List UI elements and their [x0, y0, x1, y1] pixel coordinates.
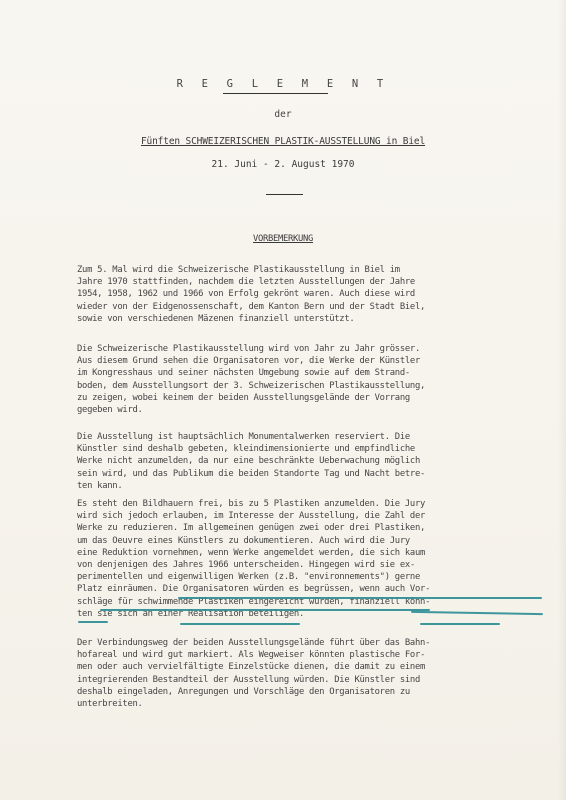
exhibition-title-prefix: Fünften [141, 136, 186, 147]
exhibition-title: Fünften SCHWEIZERISCHEN PLASTIK-AUSSTELL… [0, 136, 566, 147]
handwritten-underline [100, 609, 430, 611]
paragraph-1: Zum 5. Mal wird die Schweizerische Plast… [77, 264, 547, 325]
section-heading-text: VORBEMERKUNG [253, 234, 313, 244]
paragraph-5: Der Verbindungsweg der beiden Ausstellun… [77, 637, 547, 710]
handwritten-underline [420, 623, 500, 625]
paragraph-3: Die Ausstellung ist hauptsächlich Monume… [77, 431, 547, 492]
handwritten-underline [78, 621, 108, 623]
document-title: R E G L E M E N T [0, 78, 566, 90]
handwritten-underline [178, 597, 542, 599]
exhibition-dates: 21. Juni - 2. August 1970 [0, 159, 566, 170]
title-underline [223, 93, 328, 94]
exhibition-title-suffix: in Biel [380, 136, 425, 147]
paragraph-4: Es steht den Bildhauern frei, bis zu 5 P… [77, 498, 547, 620]
section-heading: VORBEMERKUNG [0, 234, 566, 244]
paragraph-2: Die Schweizerische Plastikausstellung wi… [77, 343, 547, 416]
divider-rule [266, 194, 303, 195]
title-connector: der [0, 109, 566, 120]
exhibition-title-main: SCHWEIZERISCHEN PLASTIK-AUSSTELLUNG [186, 136, 381, 147]
document-page: R E G L E M E N T der Fünften SCHWEIZERI… [0, 0, 566, 800]
handwritten-underline [180, 623, 300, 625]
